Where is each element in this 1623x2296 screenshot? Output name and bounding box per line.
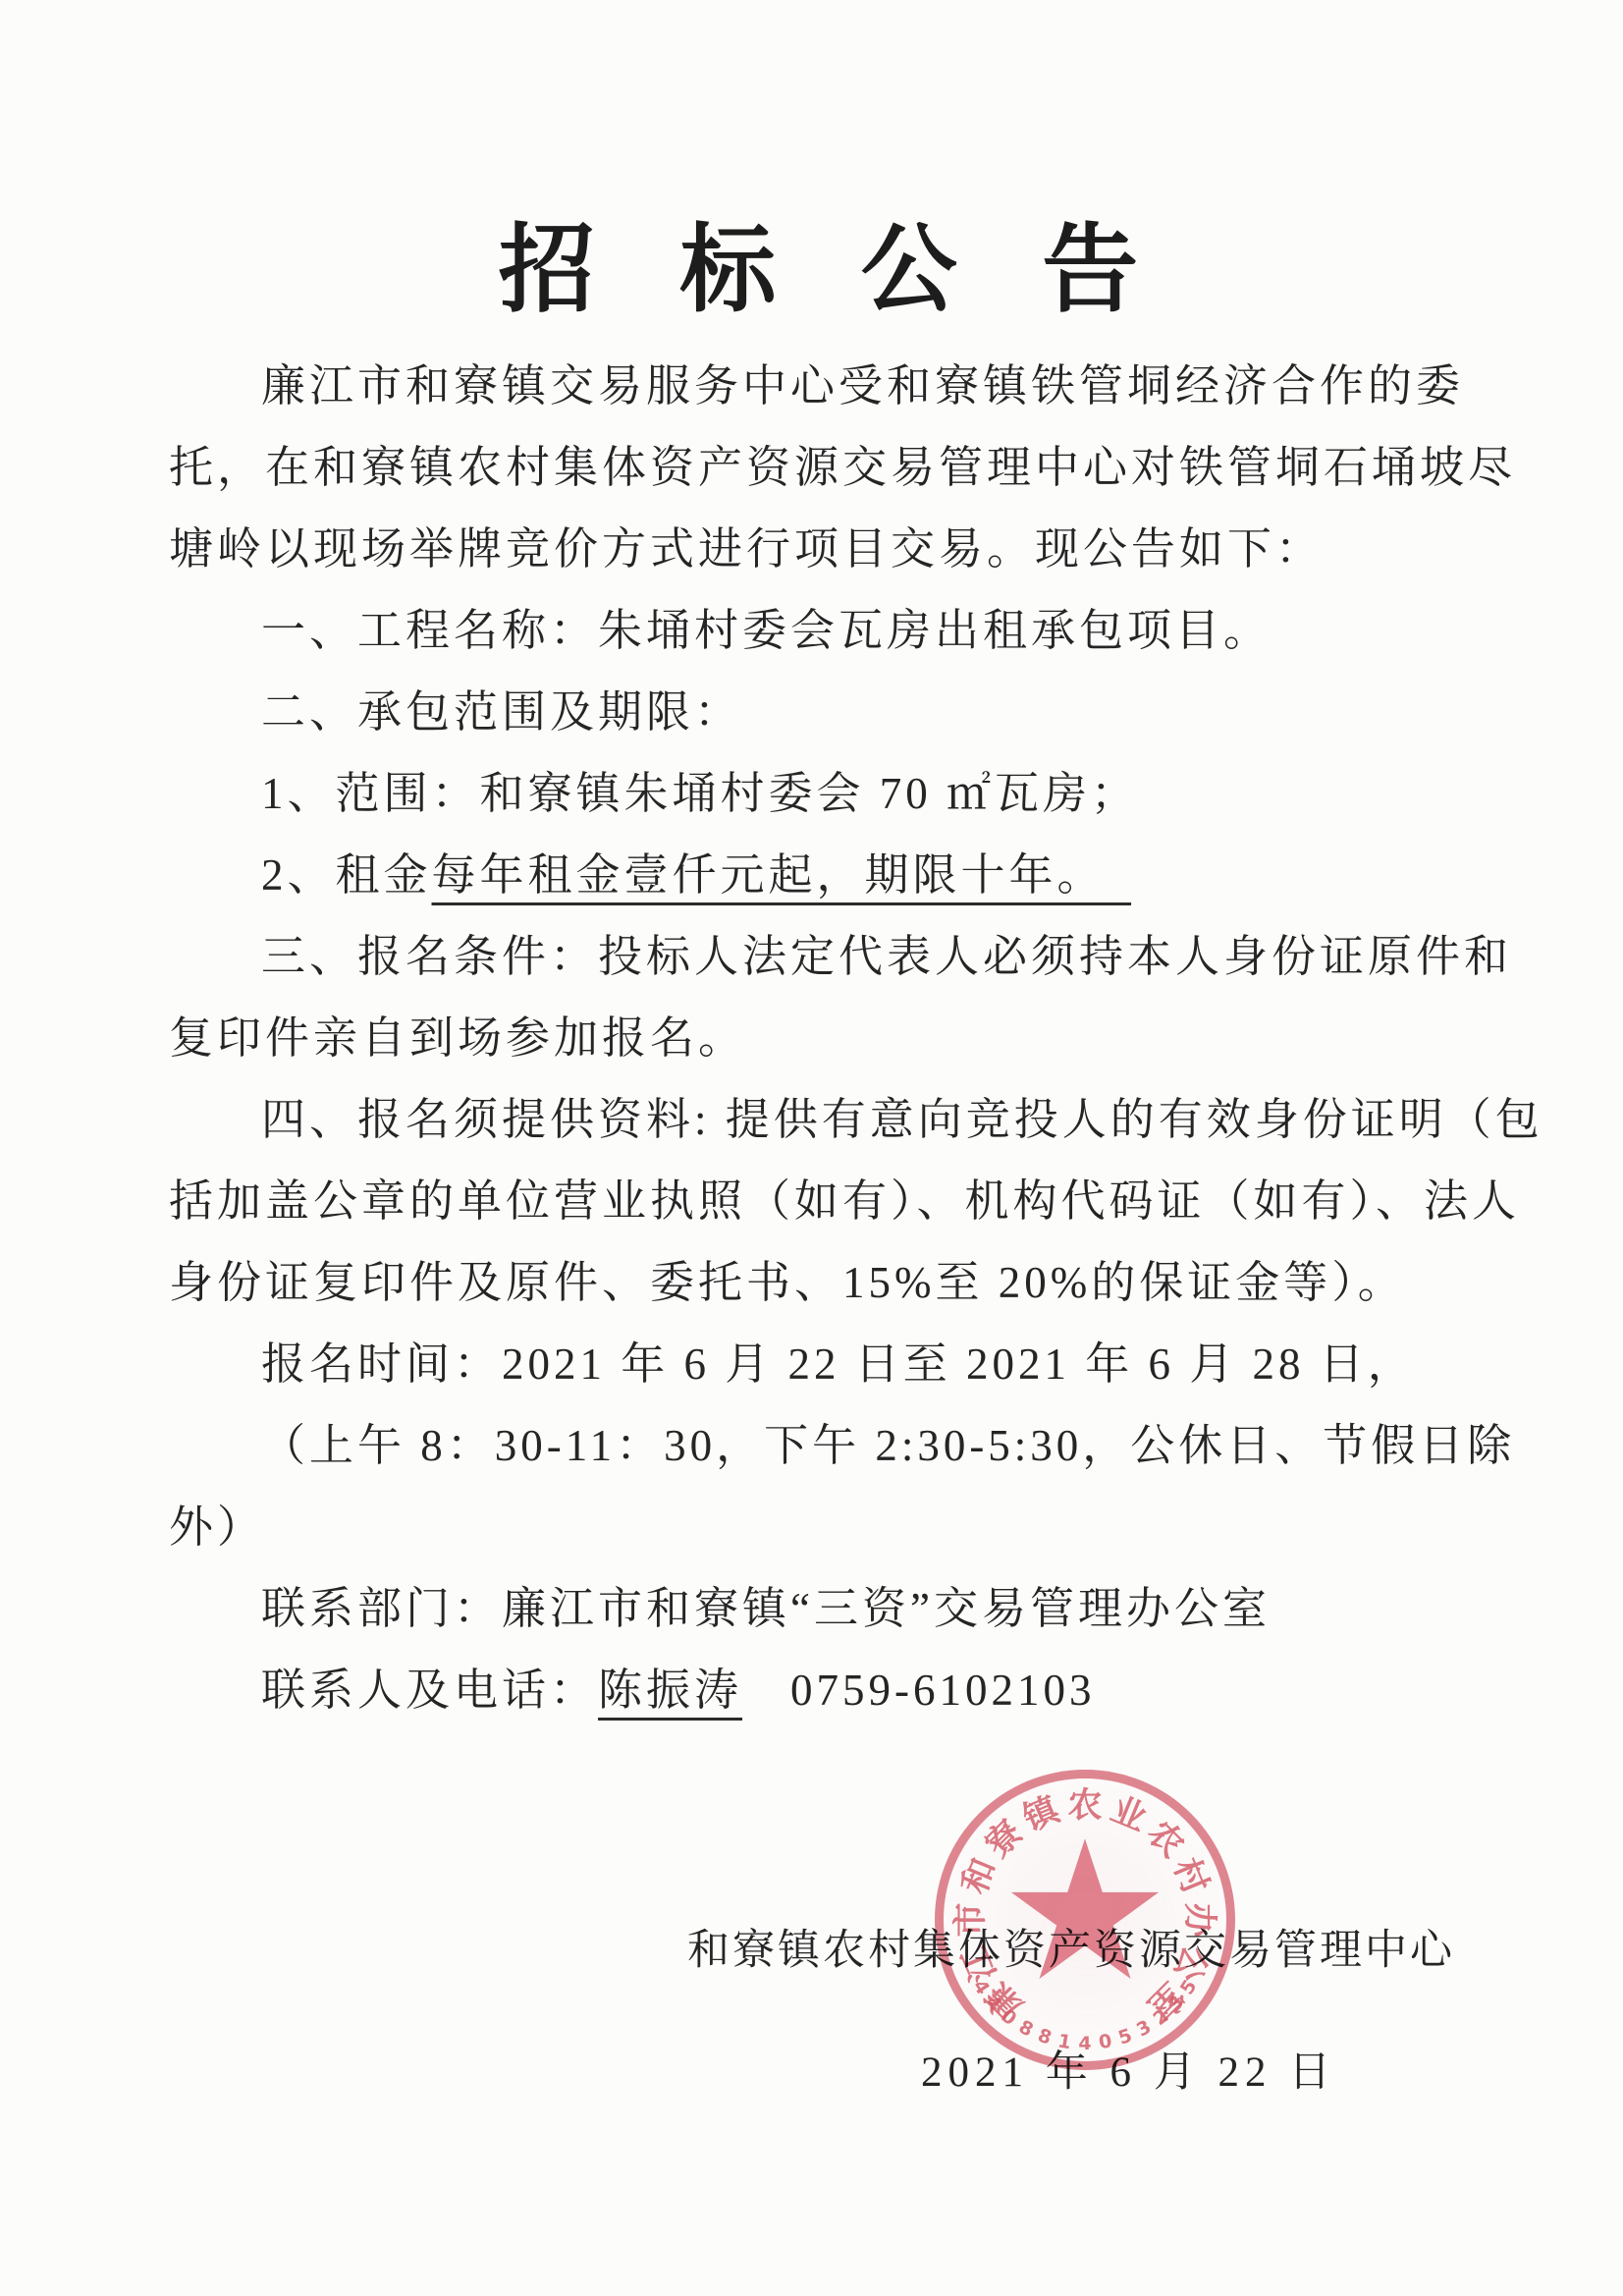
page-title: 招 标 公 告 bbox=[167, 192, 1488, 331]
body-line-text: 联系部门：廉江市和寮镇“三资”交易管理办公室 bbox=[261, 1584, 1271, 1633]
seal-arc-char: 农 bbox=[1066, 1787, 1104, 1825]
body-line: 身份证复印件及原件、委托书、15%至 20%的保证金等）。 bbox=[169, 1242, 1489, 1324]
body-line-text: 外） bbox=[169, 1503, 265, 1552]
body-line-text: 四、报名须提供资料: 提供有意向竞投人的有效身份证明（包 bbox=[261, 1095, 1543, 1144]
body-text: 廉江市和寮镇交易服务中心受和寮镇铁管垌经济合作的委托，在和寮镇农村集体资产资源交… bbox=[169, 346, 1489, 1731]
body-line: 复印件亲自到场参加报名。 bbox=[169, 998, 1489, 1079]
body-line-text: 身份证复印件及原件、委托书、15%至 20%的保证金等）。 bbox=[169, 1258, 1406, 1307]
body-line: 外） bbox=[169, 1487, 1489, 1568]
document-page: 招 标 公 告 廉江市和寮镇交易服务中心受和寮镇铁管垌经济合作的委托，在和寮镇农… bbox=[0, 0, 1623, 2296]
seal-arc-char: 办 bbox=[1180, 1901, 1217, 1939]
seal-code-char: 4 bbox=[1075, 2034, 1095, 2053]
body-line: 2、租金每年租金壹仟元起，期限十年。 bbox=[169, 835, 1489, 916]
body-line-text: 一、工程名称：朱埇村委会瓦房出租承包项目。 bbox=[261, 606, 1271, 655]
rent-term-underlined: 每年租金壹仟元起，期限十年。 bbox=[432, 850, 1132, 900]
seal-arc-char: 市 bbox=[952, 1901, 990, 1939]
body-line: 1、范围：和寮镇朱埇村委会 70 ㎡瓦房； bbox=[169, 753, 1489, 835]
body-line: 托，在和寮镇农村集体资产资源交易管理中心对铁管垌石埇坡尽 bbox=[169, 427, 1489, 509]
body-line-text: 复印件亲自到场参加报名。 bbox=[169, 1013, 746, 1063]
body-line: 联系人及电话：陈振涛 0759-6102103 bbox=[169, 1650, 1489, 1731]
body-line: 塘岭以现场举牌竞价方式进行项目交易。现公告如下： bbox=[169, 509, 1489, 590]
body-line-text: 塘岭以现场举牌竞价方式进行项目交易。现公告如下： bbox=[169, 524, 1324, 574]
seal-code-char: 1 bbox=[1054, 2031, 1076, 2053]
seal-arc-char: 村 bbox=[1165, 1852, 1215, 1901]
body-line: 四、报名须提供资料: 提供有意向竞投人的有效身份证明（包 bbox=[169, 1079, 1489, 1161]
body-line-text: 联系人及电话： bbox=[261, 1666, 598, 1715]
body-line: 报名时间：2021 年 6 月 22 日至 2021 年 6 月 28 日， bbox=[169, 1324, 1489, 1405]
body-line-text: （上午 8：30-11：30，下午 2:30-5:30，公休日、节假日除 bbox=[261, 1421, 1515, 1470]
body-line-text: 托，在和寮镇农村集体资产资源交易管理中心对铁管垌石埇坡尽 bbox=[169, 443, 1516, 492]
body-line-text: 2、租金 bbox=[261, 850, 432, 900]
body-line-text: 廉江市和寮镇交易服务中心受和寮镇铁管垌经济合作的委 bbox=[261, 361, 1464, 410]
body-line-text: 0759-6102103 bbox=[742, 1666, 1096, 1715]
seal-arc-char: 和 bbox=[955, 1852, 1004, 1901]
body-line: 廉江市和寮镇交易服务中心受和寮镇铁管垌经济合作的委 bbox=[169, 346, 1489, 427]
body-line: （上午 8：30-11：30，下午 2:30-5:30，公休日、节假日除 bbox=[169, 1405, 1489, 1487]
body-line-text: 二、承包范围及期限： bbox=[261, 687, 742, 737]
body-line: 二、承包范围及期限： bbox=[169, 672, 1489, 753]
body-line-text: 括加盖公章的单位营业执照（如有）、机构代码证（如有）、法人 bbox=[169, 1176, 1520, 1226]
contact-name-underlined: 陈振涛 bbox=[598, 1666, 742, 1715]
body-line: 三、报名条件：投标人法定代表人必须持本人身份证原件和 bbox=[169, 916, 1489, 998]
body-line-text: 三、报名条件：投标人法定代表人必须持本人身份证原件和 bbox=[261, 932, 1512, 981]
body-line: 一、工程名称：朱埇村委会瓦房出租承包项目。 bbox=[169, 590, 1489, 672]
body-line-text: 报名时间：2021 年 6 月 22 日至 2021 年 6 月 28 日， bbox=[261, 1339, 1416, 1389]
body-line: 括加盖公章的单位营业执照（如有）、机构代码证（如有）、法人 bbox=[169, 1161, 1489, 1242]
body-line: 联系部门：廉江市和寮镇“三资”交易管理办公室 bbox=[169, 1568, 1489, 1650]
body-line-text: 1、范围：和寮镇朱埇村委会 70 ㎡瓦房； bbox=[261, 769, 1139, 818]
official-seal: ★ 廉江市和寮镇农业农村办公室4408814053235 bbox=[935, 1770, 1235, 2070]
